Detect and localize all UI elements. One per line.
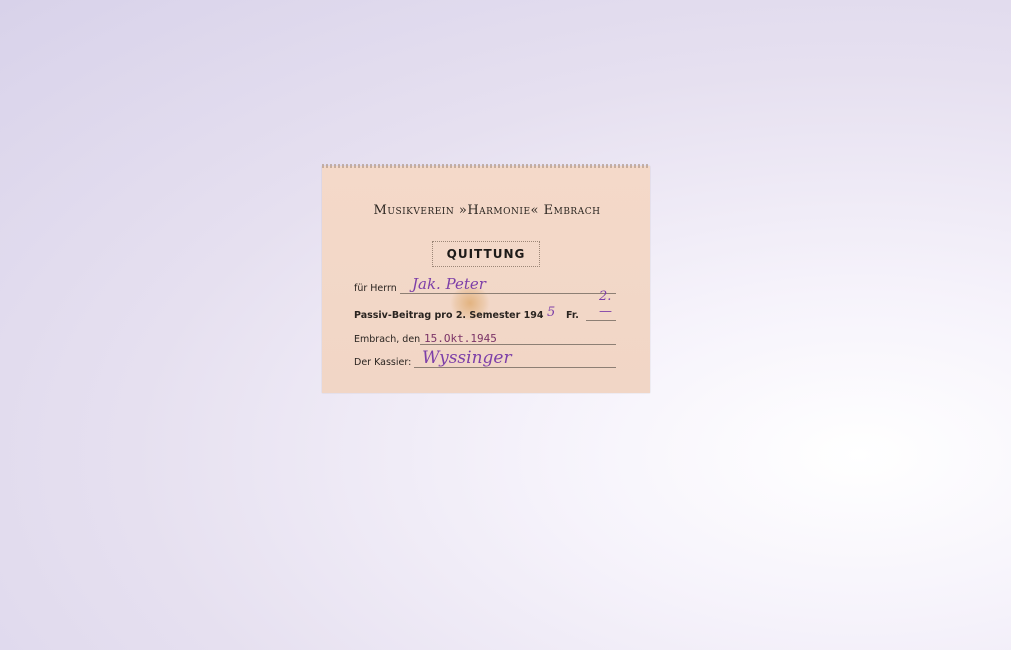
cashier-row: Der Kassier: Wyssinger bbox=[354, 352, 616, 368]
receipt-title: QUITTUNG bbox=[432, 241, 540, 267]
amount-value: 2.— bbox=[599, 289, 616, 319]
recipient-value: Jak. Peter bbox=[412, 275, 486, 293]
recipient-row: für Herrn Jak. Peter bbox=[354, 278, 616, 294]
fee-label: Passiv-Beitrag pro 2. Semester 194 bbox=[354, 310, 543, 321]
cashier-label: Der Kassier: bbox=[354, 357, 411, 368]
perforated-edge bbox=[322, 164, 650, 168]
cashier-signature: Wyssinger bbox=[422, 348, 512, 368]
recipient-line bbox=[400, 293, 616, 294]
receipt-document: Musikverein »Harmonie« Embrach QUITTUNG … bbox=[322, 166, 650, 393]
date-label: Embrach, den bbox=[354, 334, 420, 345]
recipient-label: für Herrn bbox=[354, 283, 397, 294]
currency-label: Fr. bbox=[566, 310, 579, 321]
amount-line bbox=[586, 320, 616, 321]
date-row: Embrach, den 15.Okt.1945 bbox=[354, 329, 616, 345]
fee-year-digit: 5 bbox=[547, 305, 555, 320]
fee-row: Passiv-Beitrag pro 2. Semester 194 5 Fr.… bbox=[354, 305, 616, 321]
organization-header: Musikverein »Harmonie« Embrach bbox=[352, 203, 622, 218]
date-stamp: 15.Okt.1945 bbox=[424, 332, 497, 345]
